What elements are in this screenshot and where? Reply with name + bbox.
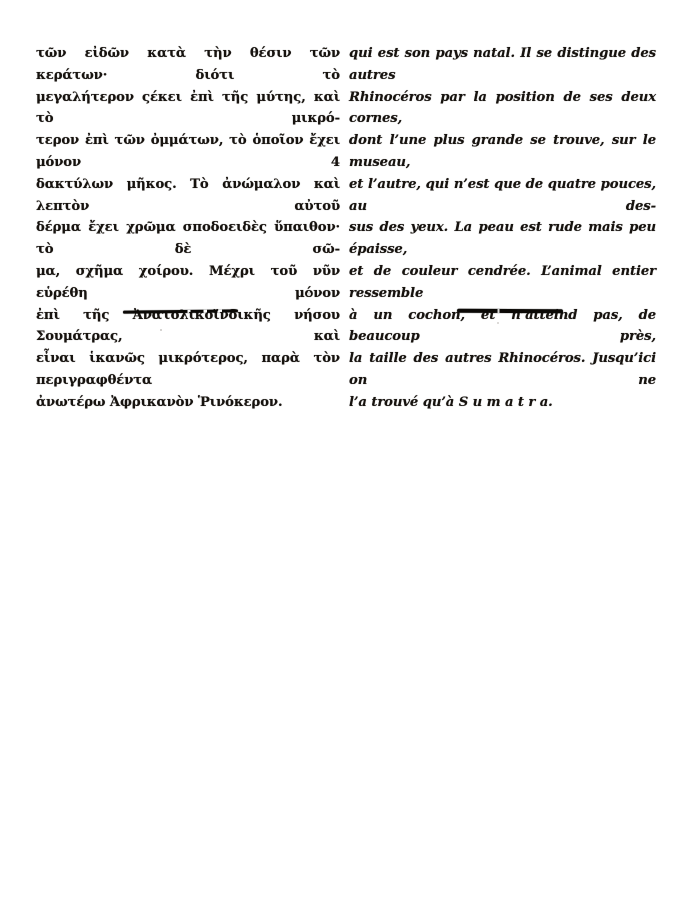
greek-text-line: μα, σχῆμα χοίρου. Μέχρι τοῦ νῦν εὑρέθη μ… — [36, 261, 340, 305]
scanned-book-page: τῶν εἰδῶν κατὰ τὴν θέσιν τῶν κεράτων· δι… — [0, 0, 677, 904]
french-text-line: sus des yeux. La peau est rude mais peu … — [349, 217, 656, 261]
right-column-end-rule — [457, 309, 563, 313]
french-text-line: la taille des autres Rhinocéros. Jusqu’i… — [349, 348, 656, 392]
greek-text-line: εἶναι ἱκανῶς μικρότερος, παρὰ τὸν περιγρ… — [36, 348, 340, 392]
greek-text-line: μεγαλήτερον ςέκει ἐπὶ τῆς μύτης, καὶ τὸ … — [36, 87, 340, 131]
french-text-line: qui est son pays natal. Il se distingue … — [349, 43, 656, 87]
greek-text-column: τῶν εἰδῶν κατὰ τὴν θέσιν τῶν κεράτων· δι… — [36, 43, 340, 414]
greek-text-line: τερον ἐπὶ τῶν ὀμμάτων, τὸ ὁποῖον ἔχει μό… — [36, 130, 340, 174]
french-text-line: Rhinocéros par la position de ses deux c… — [349, 87, 656, 131]
greek-text-line: τῶν εἰδῶν κατὰ τὴν θέσιν τῶν κεράτων· δι… — [36, 43, 340, 87]
french-text-line: l’a trouvé qu’à S u m a t r a. — [349, 392, 656, 414]
french-text-line: dont l’une plus grande se trouve, sur le… — [349, 130, 656, 174]
french-text-line: et l’autre, qui n’est que de quatre pouc… — [349, 174, 656, 218]
scan-speck — [160, 329, 162, 331]
greek-text-line: δέρμα ἔχει χρῶμα σποδοειδὲς ὕπαιθον· τὸ … — [36, 217, 340, 261]
greek-text-line: ἀνωτέρω Ἀφρικανὸν Ῥινόκερον. — [36, 392, 340, 414]
french-text-line: et de couleur cendrée. L’animal entier r… — [349, 261, 656, 305]
scan-speck — [307, 292, 311, 296]
french-text-column: qui est son pays natal. Il se distingue … — [349, 43, 656, 414]
greek-text-line: δακτύλων μῆκος. Τὸ ἀνώμαλον καὶ λεπτὸν α… — [36, 174, 340, 218]
scan-speck — [497, 322, 499, 324]
